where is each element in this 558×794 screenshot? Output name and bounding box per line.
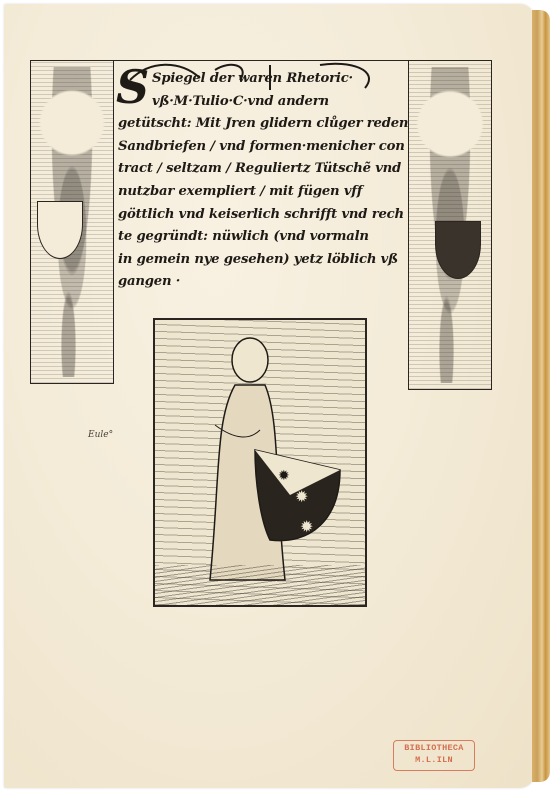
margin-note: Eule° xyxy=(88,430,113,440)
svg-text:✹: ✹ xyxy=(300,517,313,536)
title-line-2: vß·M·Tulio·C·vnd andern xyxy=(118,91,408,114)
title-line-8: te gegründt: nüwlich (vnd vormaln xyxy=(118,226,408,249)
title-line-5: tract / seltzam / Reguliertz Tütschẽ vnd xyxy=(118,158,408,181)
stamp-line-2: M.L.ILN xyxy=(394,754,474,766)
title-line-9: in gemein nye gesehen) yetz löblich vß xyxy=(118,249,408,272)
woodcut-ground xyxy=(155,565,365,605)
title-line-7: göttlich vnd keiserlich schrifft vnd rec… xyxy=(118,204,408,227)
page-edge xyxy=(532,10,550,782)
star-shield-icon: ✹ ✹ ✹ xyxy=(250,440,345,550)
title-line-3: getütscht: Mit Jren glidern clůger reden xyxy=(118,113,408,136)
svg-text:✹: ✹ xyxy=(278,468,290,484)
library-stamp: BIBLIOTHECA M.L.ILN xyxy=(393,740,475,771)
title-text: Spiegel der waren Rhetoric· vß·M·Tulio·C… xyxy=(118,68,408,294)
central-woodcut: ✹ ✹ ✹ xyxy=(153,318,367,607)
title-line-10: gangen · xyxy=(118,271,408,294)
title-line-6: nutzbar exempliert / mit fügen vff xyxy=(118,181,408,204)
title-line-1: Spiegel der waren Rhetoric· xyxy=(118,68,408,91)
stamp-line-1: BIBLIOTHECA xyxy=(394,742,474,754)
title-line-4: Sandbriefen / vnd formen·menicher con xyxy=(118,136,408,159)
svg-text:✹: ✹ xyxy=(295,487,308,506)
left-angel-border xyxy=(30,60,114,384)
right-angel-border xyxy=(408,60,492,390)
